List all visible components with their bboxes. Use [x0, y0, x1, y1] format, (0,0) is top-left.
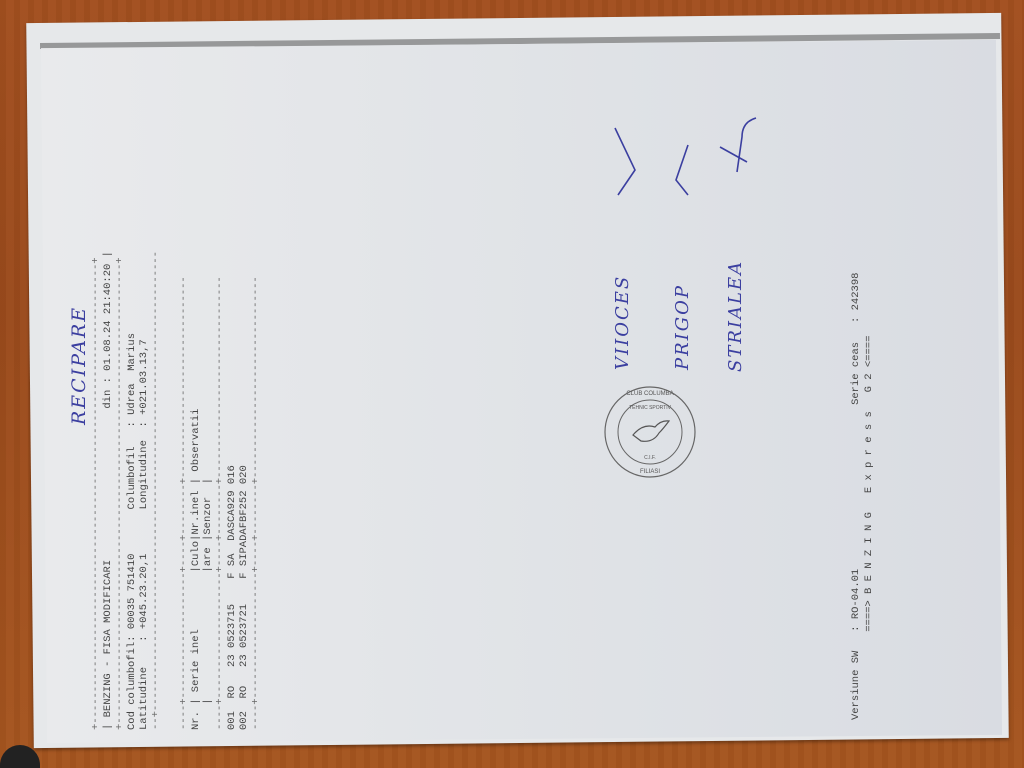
handwritten-name-1: VIIOCES	[612, 275, 633, 370]
table-header-row-2: | |are |Senzor |	[202, 90, 214, 730]
report-header: +---------------------------------------…	[90, 90, 162, 730]
report-footer: Versiune SW : RO-04.01 Serie ceas : 2423…	[850, 100, 876, 720]
handwritten-title: RECIPARE	[68, 306, 90, 425]
breeder-name: Udrea Marius	[126, 333, 138, 415]
latitude-value: +045.23.20,1	[138, 554, 150, 630]
check-mark-icon	[610, 120, 640, 200]
report-title-row: | BENZING - FISA MODIFICARI din : 01.08.…	[102, 90, 114, 730]
report-title: BENZING - FISA MODIFICARI	[102, 560, 114, 718]
printed-report: +---------------------------------------…	[90, 90, 262, 730]
club-stamp: CLUB COLUMBA TEHNIC SPORTIV C.I.F. FILIA…	[603, 385, 697, 479]
dove-icon	[633, 421, 669, 441]
check-mark-icon	[668, 140, 693, 200]
brand-line: ====> B E N Z I N G E x p r e s s G 2 <=…	[863, 336, 875, 632]
rings-table: ----+--------------------+----+--------+…	[178, 90, 262, 730]
clock-serial: 242398	[850, 273, 862, 311]
table-row: 002 RO 23 0523721 F SIPADAFBF252 020	[238, 90, 250, 730]
table-header-row-1: Nr. | Serie inel |Culo|Nr.inel | Observa…	[190, 90, 202, 730]
coordinates-row: Latitudine : +045.23.20,1 Longitudine : …	[138, 90, 150, 730]
svg-text:TEHNIC SPORTIV: TEHNIC SPORTIV	[629, 405, 672, 411]
table-row: 001 RO 23 0523715 F SA DASCA929 016	[226, 90, 238, 730]
handwritten-name-2: PRIGOP	[672, 284, 693, 370]
software-version: RO-04.01	[850, 569, 862, 619]
longitude-value: +021.03.13,7	[138, 339, 150, 415]
breeder-code-row: Cod columbofil: 00035 751410 Columbofil …	[126, 90, 138, 730]
handwritten-name-3: STRIALEA	[725, 260, 746, 372]
svg-text:FILIASI: FILIASI	[640, 469, 660, 475]
check-mark-icon	[712, 112, 762, 182]
svg-text:C.I.F.: C.I.F.	[644, 455, 656, 461]
breeder-code: 00035 751410	[126, 554, 138, 630]
report-date: 01.08.24 21:40:20	[102, 264, 114, 371]
svg-text:CLUB COLUMBA: CLUB COLUMBA	[626, 391, 673, 397]
